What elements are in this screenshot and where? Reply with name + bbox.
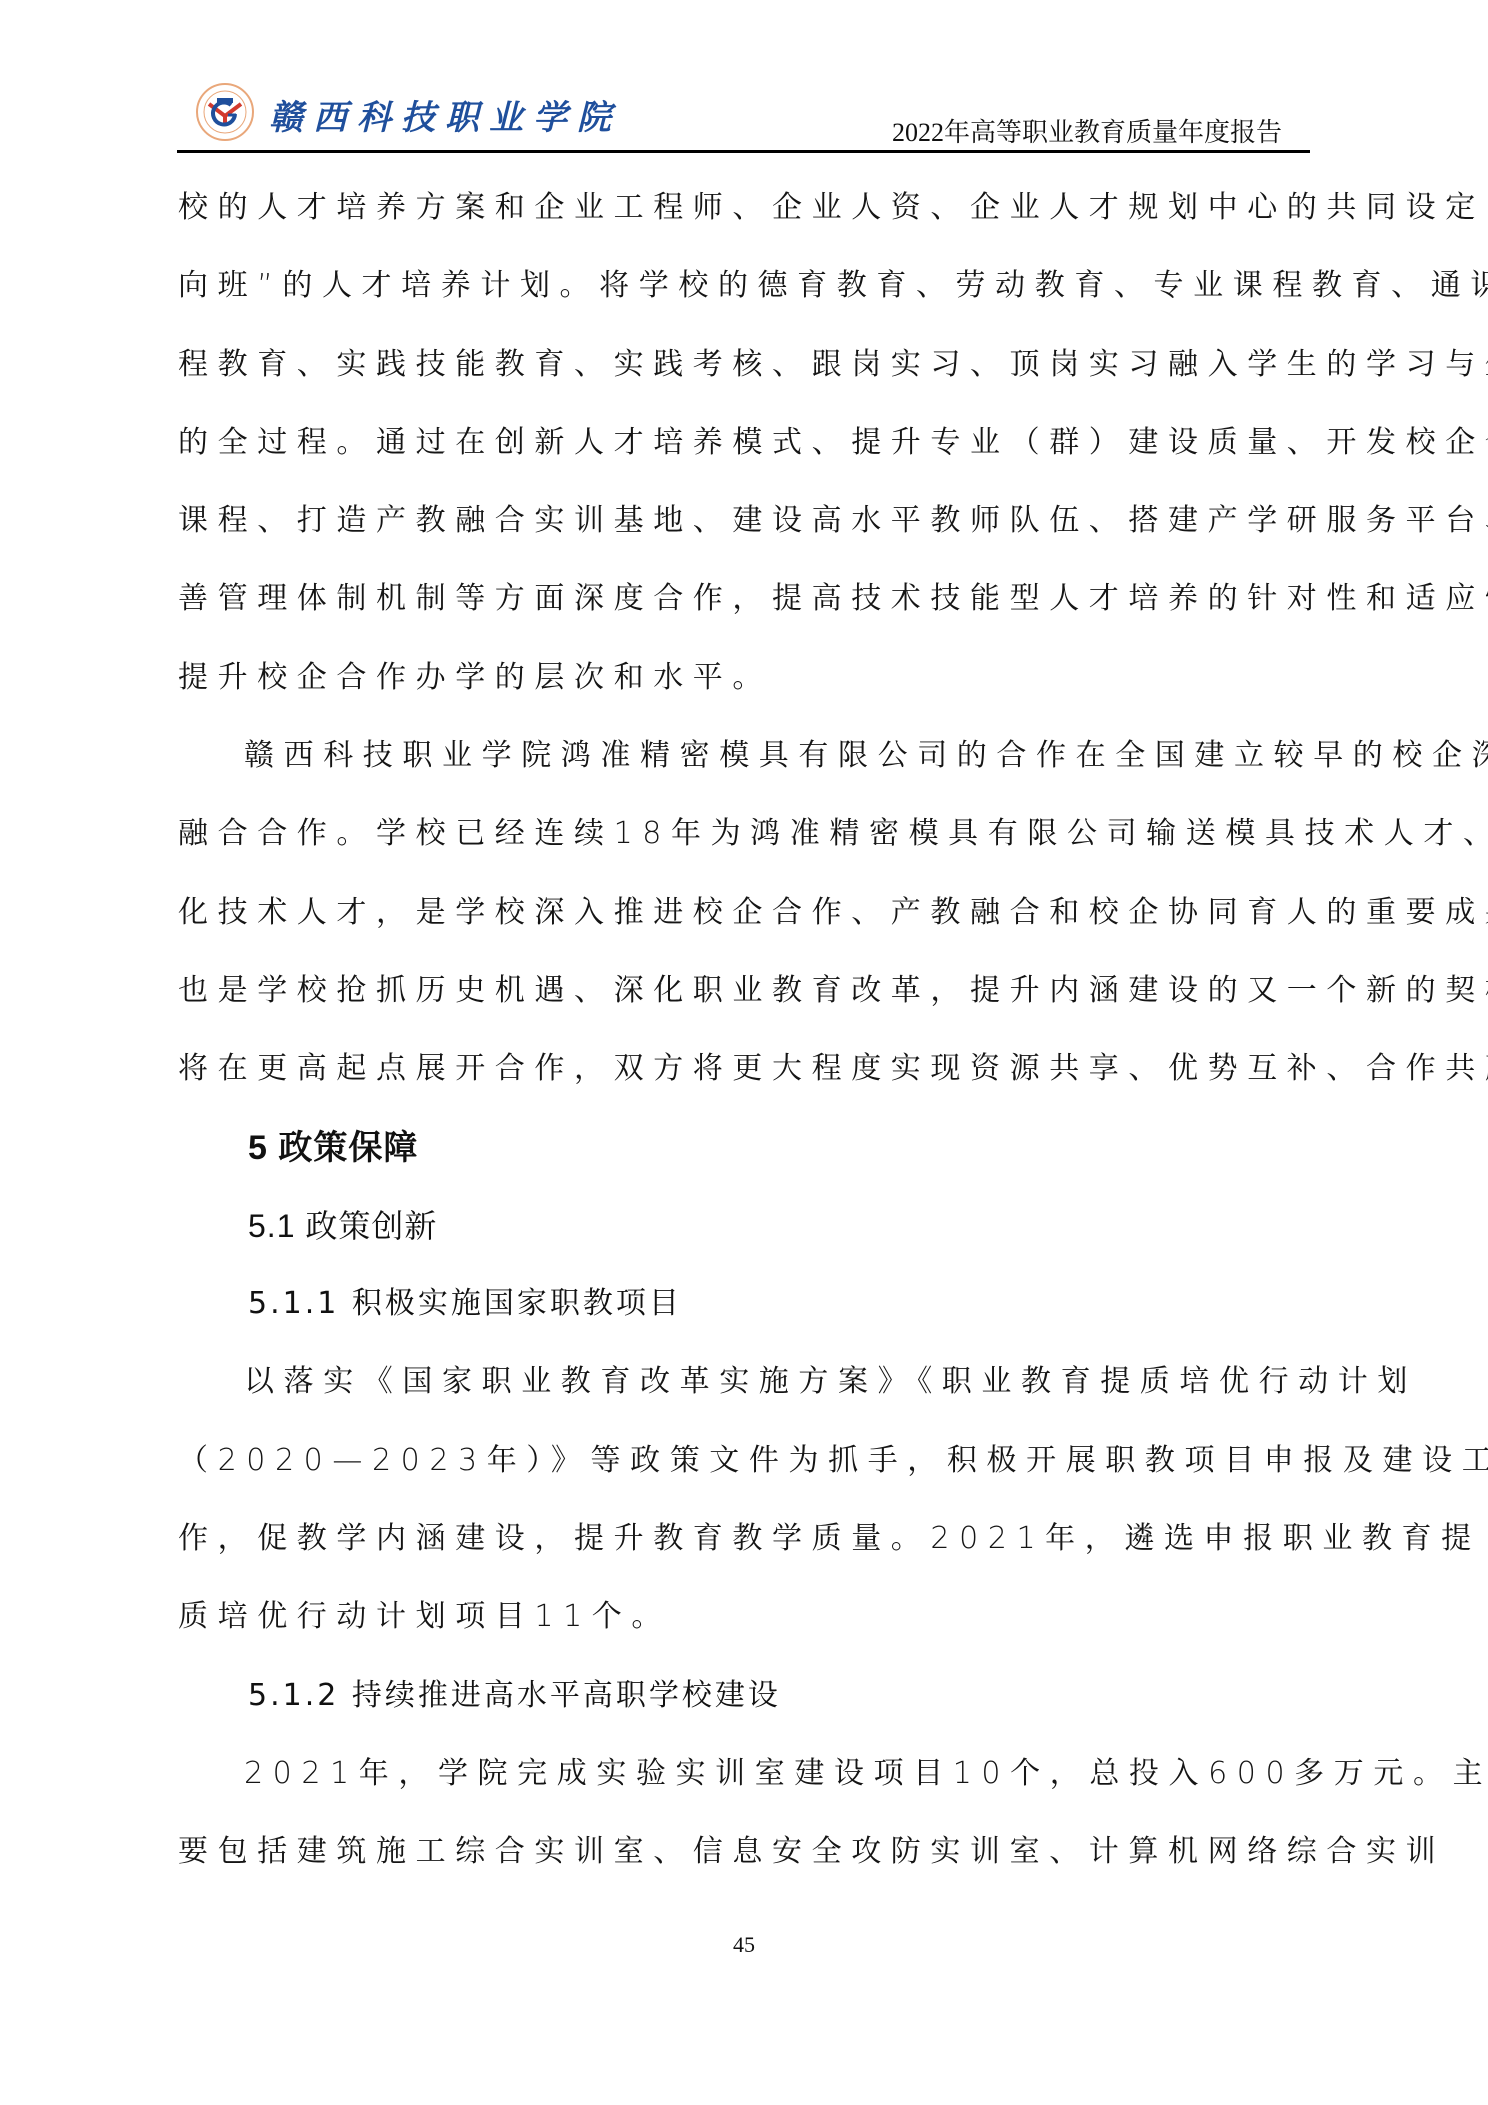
header-rule bbox=[177, 150, 1310, 153]
body-line: 以落实《国家职业教育改革实施方案》《职业教育提质培优行动计划 bbox=[178, 1362, 1310, 1402]
body-line: 融合合作。学校已经连续18年为鸿准精密模具有限公司输送模具技术人才、自动 bbox=[178, 814, 1310, 854]
page-content: 校的人才培养方案和企业工程师、企业人资、企业人才规划中心的共同设定“定 向班”的… bbox=[178, 188, 1310, 1911]
body-line: 提升校企合作办学的层次和水平。 bbox=[178, 658, 1310, 698]
body-line: 也是学校抢抓历史机遇、深化职业教育改革，提升内涵建设的又一个新的契机。 bbox=[178, 971, 1310, 1011]
body-line: 程教育、实践技能教育、实践考核、跟岗实习、顶岗实习融入学生的学习与生活 bbox=[178, 345, 1310, 385]
body-line: 课程、打造产教融合实训基地、建设高水平教师队伍、搭建产学研服务平台、完 bbox=[178, 501, 1310, 541]
body-line: 将在更高起点展开合作，双方将更大程度实现资源共享、优势互补、合作共赢。 bbox=[178, 1049, 1310, 1089]
body-line: 质培优行动计划项目11个。 bbox=[178, 1597, 1310, 1637]
body-line: 要包括建筑施工综合实训室、信息安全攻防实训室、计算机网络综合实训 bbox=[178, 1832, 1310, 1872]
body-line: 2021年，学院完成实验实训室建设项目10个，总投入600多万元。主 bbox=[178, 1754, 1310, 1794]
subsection-heading: 5.1 政策创新 bbox=[178, 1206, 1310, 1246]
page-header: 赣西科技职业学院 2022年高等职业教育质量年度报告 bbox=[177, 60, 1310, 156]
school-name: 赣西科技职业学院 bbox=[269, 90, 621, 139]
subsubsection-heading: 5.1.1 积极实施国家职教项目 bbox=[178, 1284, 1310, 1324]
body-line: 化技术人才，是学校深入推进校企合作、产教融合和校企协同育人的重要成果， bbox=[178, 893, 1310, 933]
subsubsection-heading: 5.1.2 持续推进高水平高职学校建设 bbox=[178, 1676, 1310, 1716]
body-line: 的全过程。通过在创新人才培养模式、提升专业（群）建设质量、开发校企合作 bbox=[178, 423, 1310, 463]
report-title: 2022年高等职业教育质量年度报告 bbox=[892, 112, 1282, 149]
body-line: 善管理体制机制等方面深度合作，提高技术技能型人才培养的针对性和适应性， bbox=[178, 579, 1310, 619]
page-number: 45 bbox=[0, 1932, 1488, 1958]
body-line: 作，促教学内涵建设，提升教育教学质量。2021年，遴选申报职业教育提 bbox=[178, 1519, 1310, 1559]
school-emblem-icon bbox=[195, 82, 255, 142]
body-line: （2020—2023年）》等政策文件为抓手，积极开展职教项目申报及建设工 bbox=[178, 1441, 1310, 1481]
body-line: 向班”的人才培养计划。将学校的德育教育、劳动教育、专业课程教育、通识课 bbox=[178, 266, 1310, 306]
body-line: 赣西科技职业学院鸿准精密模具有限公司的合作在全国建立较早的校企深度 bbox=[178, 736, 1310, 776]
body-line: 校的人才培养方案和企业工程师、企业人资、企业人才规划中心的共同设定“定 bbox=[178, 188, 1310, 228]
section-heading: 5 政策保障 bbox=[178, 1128, 1310, 1168]
